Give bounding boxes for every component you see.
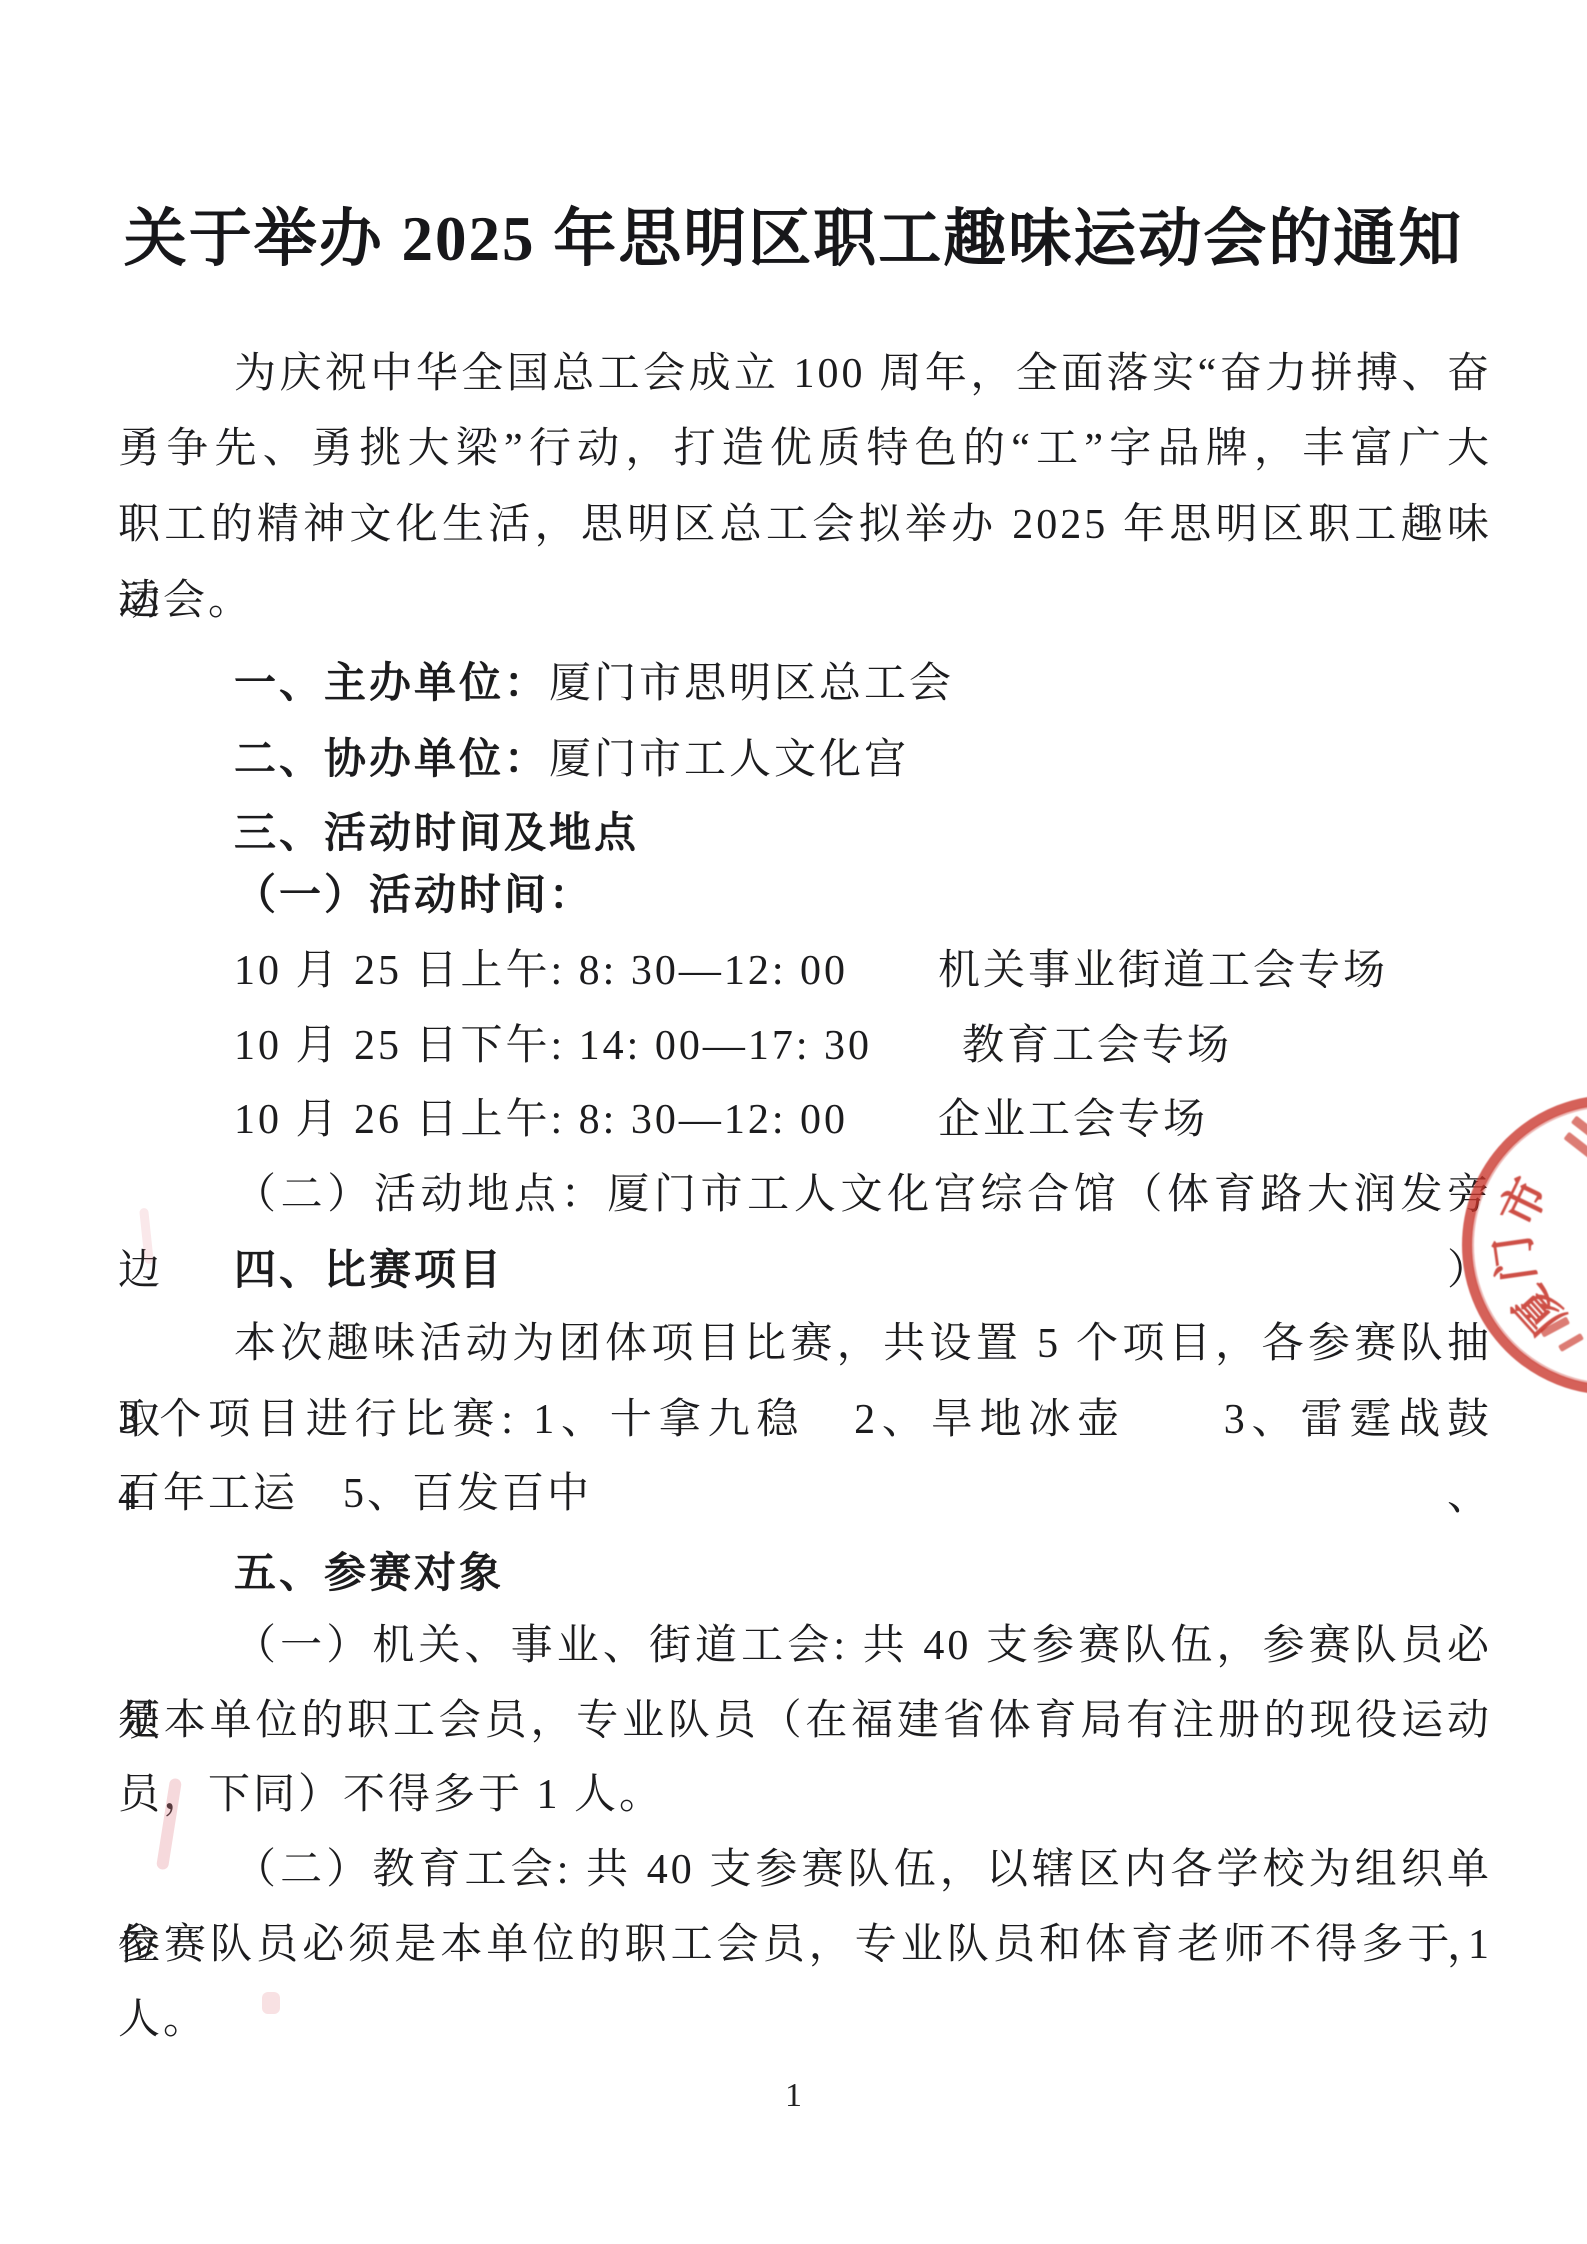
line-label: 二、协办单位：: [234, 735, 549, 782]
seal-character: 门: [1487, 1229, 1546, 1288]
line-text: 员，下同）不得多于 1 人。: [118, 1772, 664, 1818]
events-line: 本次趣味活动为团体项目比赛，共设置 5 个项目，各参赛队抽取: [118, 1306, 1492, 1382]
participants-line: 是本单位的职工会员，专业队员（在福建省体育局有注册的现役运动: [118, 1683, 1492, 1759]
seal-partial-glyph: [1540, 1316, 1570, 1337]
schedule-line: 10 月 25 日上午: 8: 30—12: 00 机关事业街道工会专场: [118, 933, 1492, 1009]
heading-label: （一）活动时间：: [234, 873, 594, 919]
line-text: 参赛队员必须是本单位的职工会员，专业队员和体育老师不得多于 1: [118, 1922, 1492, 1968]
line-text: 10 月 25 日上午: 8: 30—12: 00 机关事业街道工会专场: [234, 948, 1388, 994]
document-page: 关于举办 2025 年思明区职工趣味运动会的通知 为庆祝中华全国总工会成立 10…: [0, 0, 1587, 2244]
intro-line: 为庆祝中华全国总工会成立 100 周年，全面落实“奋力拼搏、奋: [118, 335, 1492, 411]
line-text: 厦门市思明区总工会: [549, 661, 954, 707]
participants-line: （二）教育工会: 共 40 支参赛队伍，以辖区内各学校为组织单位，: [118, 1832, 1492, 1908]
intro-line: 勇争先、勇挑大梁”行动，打造优质特色的“工”字品牌，丰富广大: [118, 411, 1492, 487]
line-text: 为庆祝中华全国总工会成立 100 周年，全面落实“奋力拼搏、奋: [234, 351, 1492, 397]
seal-character: 厦: [1503, 1273, 1576, 1346]
document-title: 关于举办 2025 年思明区职工趣味运动会的通知: [0, 196, 1587, 282]
participants-line: 参赛队员必须是本单位的职工会员，专业队员和体育老师不得多于 1: [118, 1907, 1492, 1983]
co-organizer-line: 二、协办单位：厦门市工人文化宫: [118, 721, 1492, 797]
participants-line: 员，下同）不得多于 1 人。: [118, 1757, 1492, 1833]
schedule-line: 10 月 25 日下午: 14: 00—17: 30 教育工会专场: [118, 1008, 1492, 1084]
line-text: 勇争先、勇挑大梁”行动，打造优质特色的“工”字品牌，丰富广大: [118, 426, 1492, 472]
location-line: （二）活动地点：厦门市工人文化宫综合馆（体育路大润发旁边）: [118, 1157, 1492, 1233]
schedule-line: 10 月 26 日上午: 8: 30—12: 00 企业工会专场: [118, 1082, 1492, 1158]
events-line: 3 个项目进行比赛: 1、十拿九稳 2、旱地冰壶 3、雷霆战鼓 4、: [118, 1382, 1492, 1458]
line-text: 百年工运 5、百发百中: [118, 1471, 592, 1517]
heading-label: 四、比赛项目: [234, 1246, 504, 1293]
seal-partial-glyph: [1571, 1115, 1587, 1143]
heading-label: 三、活动时间及地点: [234, 809, 639, 856]
subheading-time: （一）活动时间：: [118, 858, 1492, 934]
seal-character: 市: [1490, 1168, 1560, 1238]
events-line: 百年工运 5、百发百中: [118, 1456, 1492, 1532]
host-unit-line: 一、主办单位：厦门市思明区总工会: [118, 645, 1492, 721]
heading-participants: 五、参赛对象: [118, 1535, 1492, 1611]
line-label: 一、主办单位：: [234, 659, 549, 706]
heading-label: 五、参赛对象: [234, 1549, 504, 1596]
line-text: 10 月 26 日上午: 8: 30—12: 00 企业工会专场: [234, 1097, 1208, 1143]
intro-line: 动会。: [118, 563, 1492, 639]
line-text: 10 月 25 日下午: 14: 00—17: 30 教育工会专场: [234, 1023, 1232, 1069]
line-text: 动会。: [118, 578, 253, 624]
seal-partial-glyph: [1563, 1132, 1587, 1164]
page-number: 1: [0, 2076, 1587, 2116]
seal-partial-glyph: [1558, 1333, 1584, 1352]
line-text: 人。: [118, 1997, 208, 2043]
intro-line: 职工的精神文化生活，思明区总工会拟举办 2025 年思明区职工趣味运: [118, 487, 1492, 563]
participants-line: （一）机关、事业、街道工会: 共 40 支参赛队伍，参赛队员必须: [118, 1608, 1492, 1684]
participants-line: 人。: [118, 1982, 1492, 2058]
heading-events: 四、比赛项目: [118, 1232, 1492, 1308]
line-text: 厦门市工人文化宫: [549, 737, 909, 783]
line-text: 是本单位的职工会员，专业队员（在福建省体育局有注册的现役运动: [118, 1698, 1492, 1744]
